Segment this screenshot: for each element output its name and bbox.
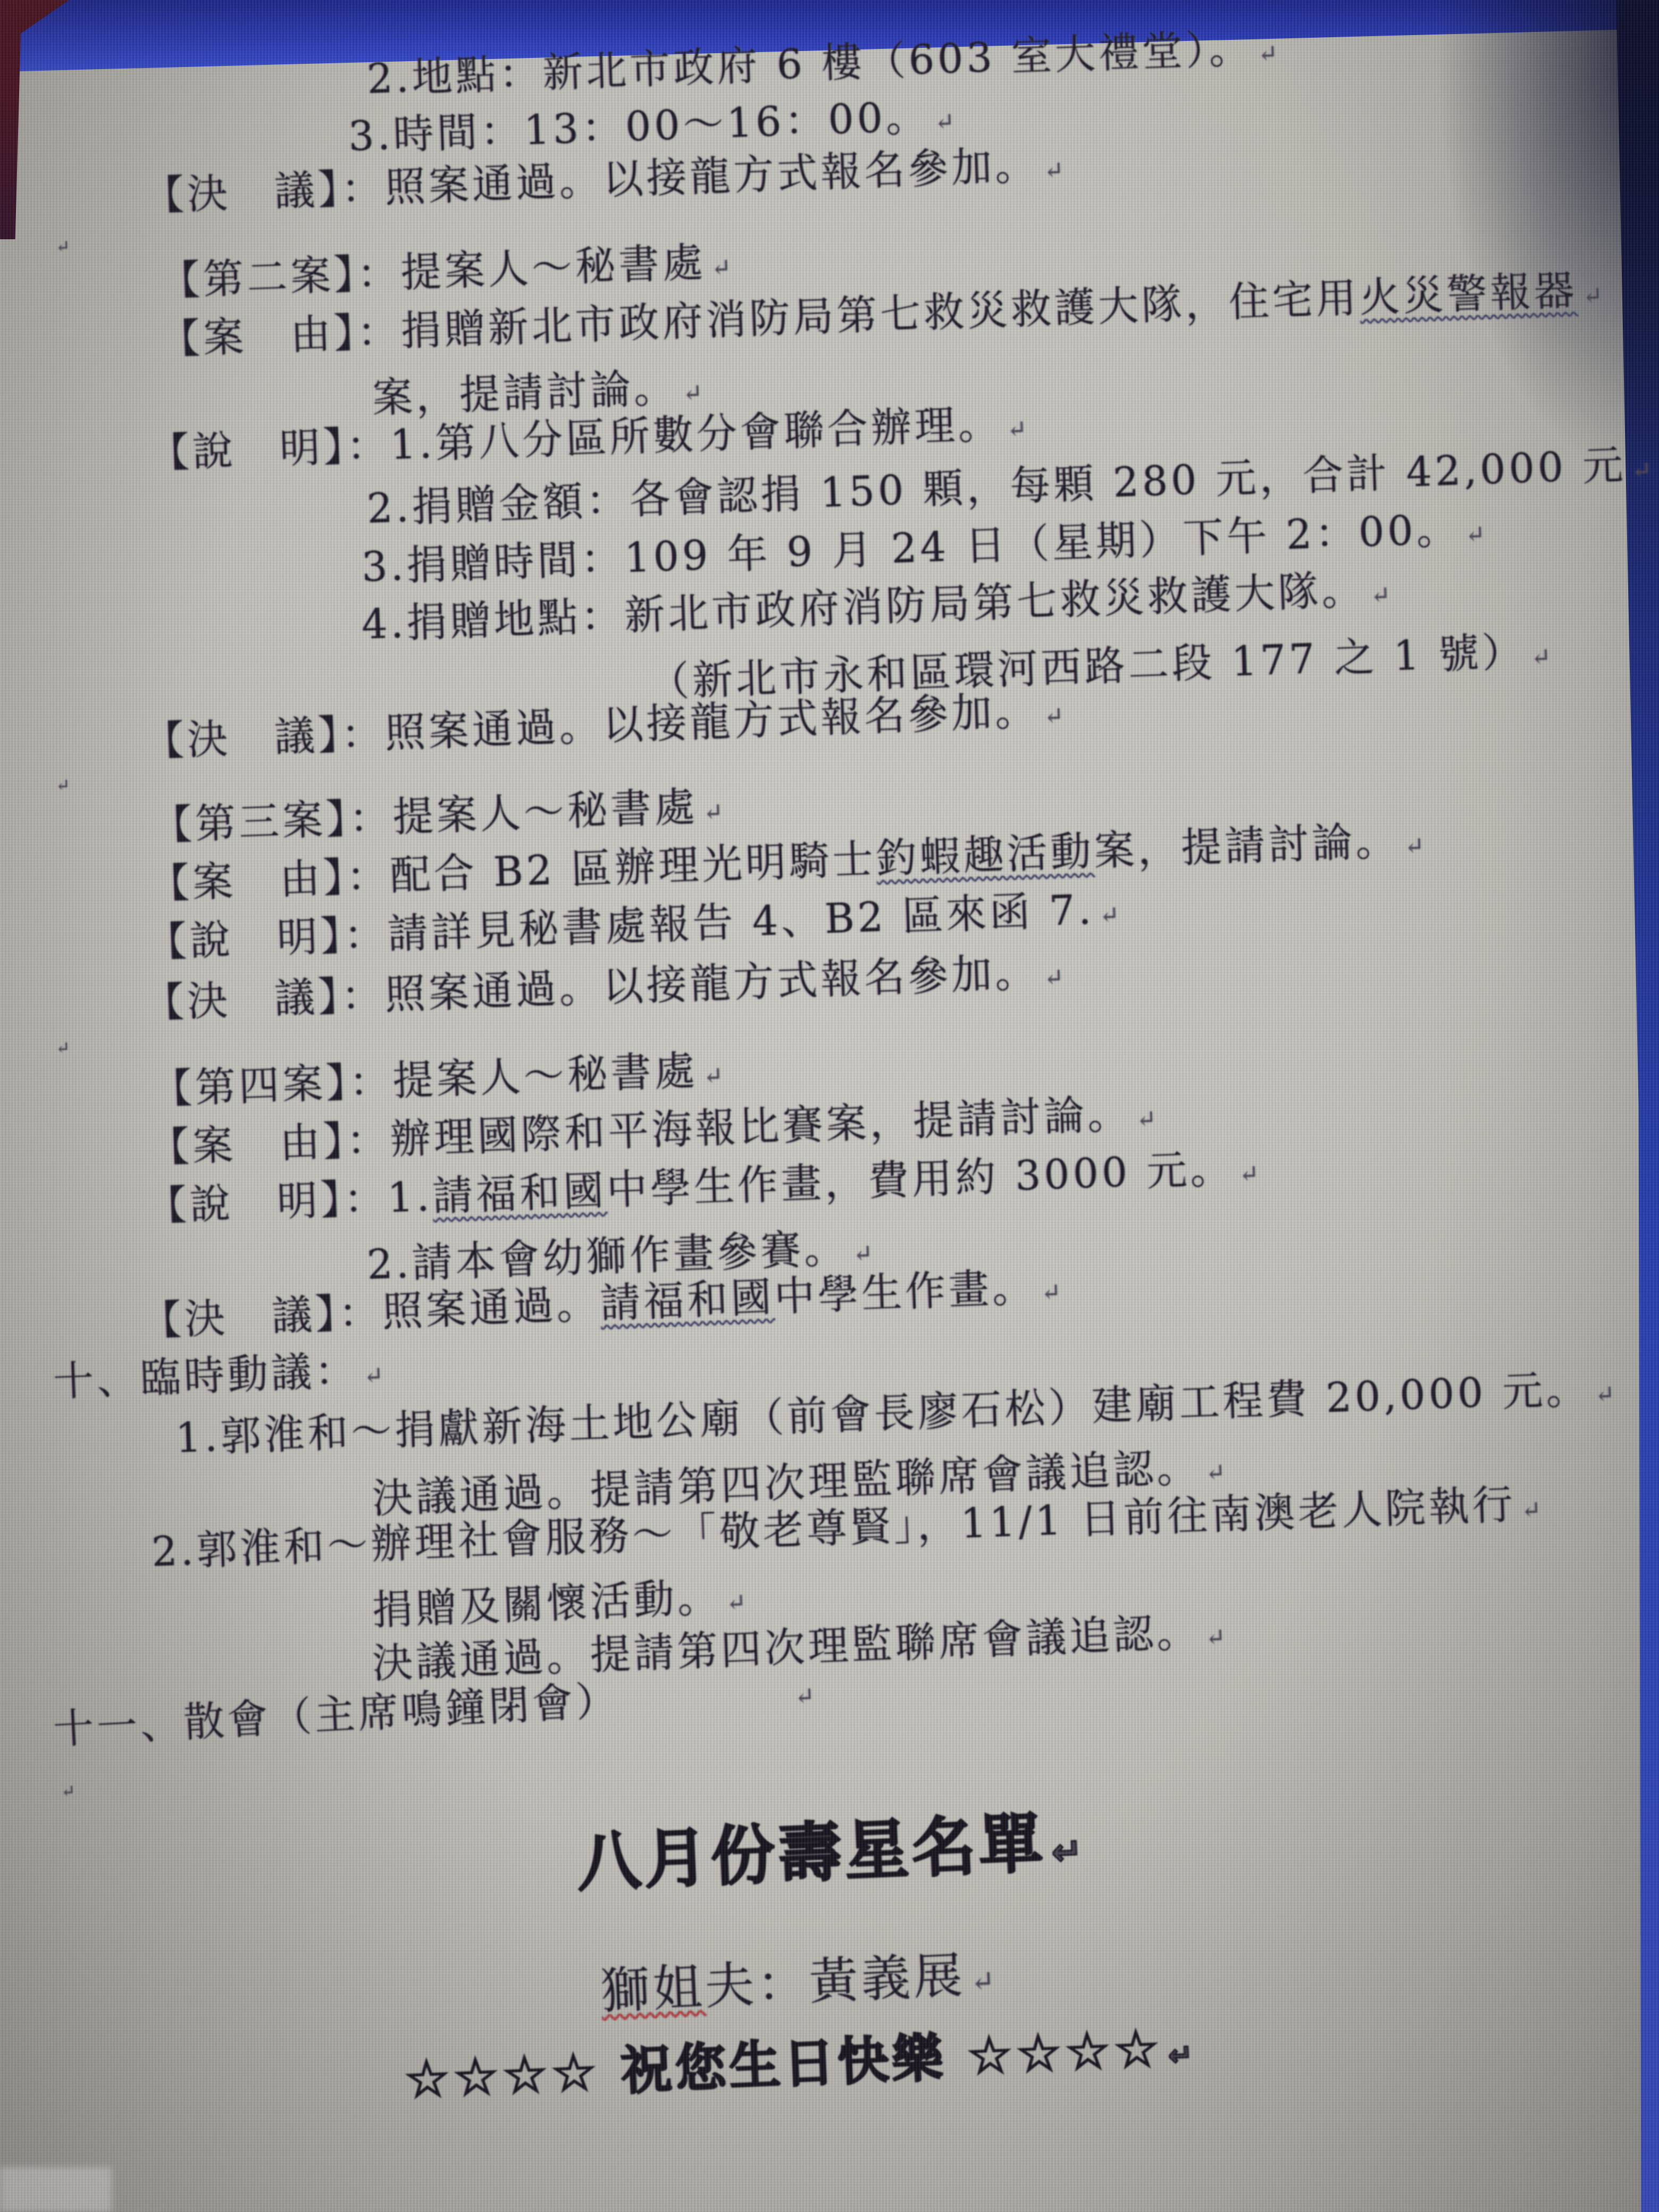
text-line: ↵ [50,225,70,259]
paragraph-mark: ↵ [1465,521,1486,548]
paragraph-mark: ↵ [56,237,70,257]
text-run: 十一、散會（主席鳴鐘閉會） [52,1676,621,1753]
spellcheck-underline: 請福和國 [432,1167,608,1220]
text-run: 【決 議】：照案通過。以接龍方式報名參加。 [143,141,1040,220]
paragraph-mark: ↵ [711,254,732,281]
paragraph-mark: ↵ [61,1782,76,1802]
text-run: 中學生作畫。 [774,1263,1037,1320]
text-line: ☆☆☆☆ 祝您生日快樂 ☆☆☆☆↵ [403,2007,1194,2113]
text-run: 十、臨時動議： [53,1346,359,1405]
paragraph-mark: ↵ [1044,157,1065,185]
paragraph-mark: ↵ [1521,1496,1542,1524]
spellcheck-underline: 請福和國 [599,1273,775,1327]
text-line: 十、臨時動議：↵ [52,1337,384,1407]
text-run: 【決 議】：照案通過。 [140,1280,601,1345]
document-text-layer: 2.地點：新北市政府 6 樓（603 室大禮堂）。↵3.時間：13：00～16：… [0,0,1659,2212]
paragraph-mark: ↵ [1595,1381,1615,1409]
text-run: 夫：黃義展 [704,1947,967,2015]
paragraph-mark: ↵ [1136,1105,1157,1133]
spellcheck-underline: 獅姐 [600,1958,707,2020]
paragraph-mark: ↵ [1044,702,1065,730]
text-line: 【決 議】：照案通過。以接龍方式報名參加。↵ [143,677,1065,767]
paragraph-mark: ↵ [1239,1160,1260,1188]
paragraph-mark: ↵ [1258,40,1278,68]
text-run: ☆☆☆☆ 祝您生日快樂 ☆☆☆☆ [403,2018,1164,2110]
text-run: 八月份壽星名單 [576,1807,1048,1900]
text-line: ↵ [55,1770,76,1804]
paragraph-mark: ↵ [726,1589,747,1616]
paragraph-mark: ↵ [1370,581,1391,609]
paragraph-mark: ↵ [1051,1830,1084,1874]
paragraph-mark: ↵ [934,108,955,136]
paragraph-mark: ↵ [1631,457,1652,484]
spellcheck-underline: 火災警報器 [1359,266,1578,321]
paragraph-mark: ↵ [363,1362,384,1389]
paragraph-mark: ↵ [1205,1623,1226,1651]
paragraph-mark: ↵ [56,1038,70,1058]
text-run: 案，提請討論。 [1093,817,1400,875]
screen-photo: 2.地點：新北市政府 6 樓（603 室大禮堂）。↵3.時間：13：00～16：… [0,0,1659,2212]
text-run: 【決 議】：照案通過。以接龍方式報名參加。 [143,686,1040,765]
text-run: 中學生作畫，費用約 3000 元。 [606,1145,1235,1214]
spellcheck-underline: 釣蝦趣活動 [875,827,1095,882]
paragraph-mark: ↵ [1044,964,1065,992]
text-run: 【說 明】：1. [146,1172,433,1230]
paragraph-mark: ↵ [703,798,724,826]
paragraph-mark: ↵ [1531,643,1552,671]
paragraph-mark: ↵ [970,1964,996,1998]
text-line: 獅姐夫：黃義展↵ [599,1934,996,2022]
text-line: ↵ [50,764,70,798]
paragraph-mark: ↵ [794,1682,816,1711]
paragraph-mark: ↵ [703,1062,724,1090]
text-line: 八月份壽星名單↵ [575,1791,1084,1904]
paragraph-mark: ↵ [1041,1279,1061,1306]
paragraph-mark: ↵ [1099,901,1120,929]
paragraph-mark: ↵ [1404,832,1425,860]
paragraph-mark: ↵ [1007,415,1027,443]
paragraph-mark: ↵ [1582,282,1603,309]
paragraph-mark: ↵ [56,776,70,795]
paragraph-mark: ↵ [1168,2038,1194,2073]
text-line: ↵ [50,1027,70,1061]
